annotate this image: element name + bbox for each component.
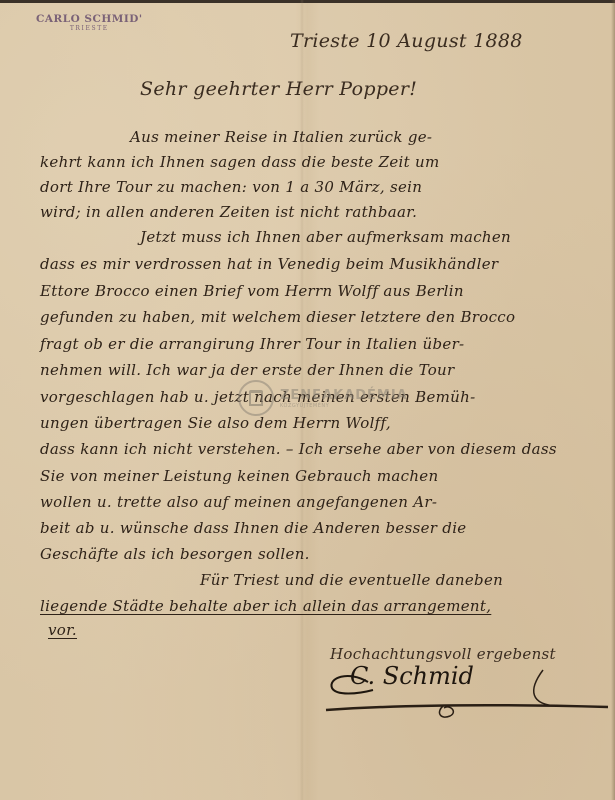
body-line: Geschäfte als ich besorgen sollen. xyxy=(40,545,310,563)
archive-watermark: ZENEAKADÉMIA KÖZGYŰJTEMÉNY xyxy=(238,380,408,416)
body-line: wird; in allen anderen Zeiten ist nicht … xyxy=(40,203,417,221)
lyre-logo-icon xyxy=(238,380,274,416)
letterhead-city: TRIESTE xyxy=(36,25,143,32)
body-line: Jetzt muss ich Ihnen aber aufmerksam mac… xyxy=(140,228,511,246)
signature: C. Schmid xyxy=(350,662,474,690)
body-line: gefunden zu haben, mit welchem dieser le… xyxy=(40,308,515,326)
body-line: Für Triest und die eventuelle daneben xyxy=(200,571,503,589)
body-line: vor. xyxy=(48,621,77,639)
body-line: fragt ob er die arrangirung Ihrer Tour i… xyxy=(40,335,464,353)
body-line: liegende Städte behalte aber ich allein … xyxy=(40,597,491,615)
body-line: dass es mir verdrossen hat in Venedig be… xyxy=(40,255,498,273)
body-line: dort Ihre Tour zu machen: von 1 a 30 Mär… xyxy=(40,178,422,196)
watermark-title: ZENEAKADÉMIA xyxy=(280,388,408,403)
date-line: Trieste 10 August 1888 xyxy=(290,30,523,52)
body-line: beit ab u. wünsche dass Ihnen die Andere… xyxy=(40,519,466,537)
body-line: wollen u. trette also auf meinen angefan… xyxy=(40,493,437,511)
body-line: kehrt kann ich Ihnen sagen dass die best… xyxy=(40,153,440,171)
body-line: dass kann ich nicht verstehen. – Ich ers… xyxy=(40,440,557,458)
body-line: Aus meiner Reise in Italien zurück ge- xyxy=(130,128,432,146)
scan-top-edge xyxy=(0,0,615,3)
letter-page: CARLO SCHMID' TRIESTE Trieste 10 August … xyxy=(0,0,615,800)
body-line: ungen übertragen Sie also dem Herrn Wolf… xyxy=(40,414,391,432)
watermark-subtitle: KÖZGYŰJTEMÉNY xyxy=(280,403,408,409)
letterhead-stamp: CARLO SCHMID' TRIESTE xyxy=(36,13,143,32)
salutation: Sehr geehrter Herr Popper! xyxy=(140,78,417,100)
letterhead-name: CARLO SCHMID' xyxy=(36,13,143,25)
body-line: Ettore Brocco einen Brief vom Herrn Wolf… xyxy=(40,282,464,300)
body-line: Sie von meiner Leistung keinen Gebrauch … xyxy=(40,467,438,485)
body-line: nehmen will. Ich war ja der erste der Ih… xyxy=(40,361,454,379)
